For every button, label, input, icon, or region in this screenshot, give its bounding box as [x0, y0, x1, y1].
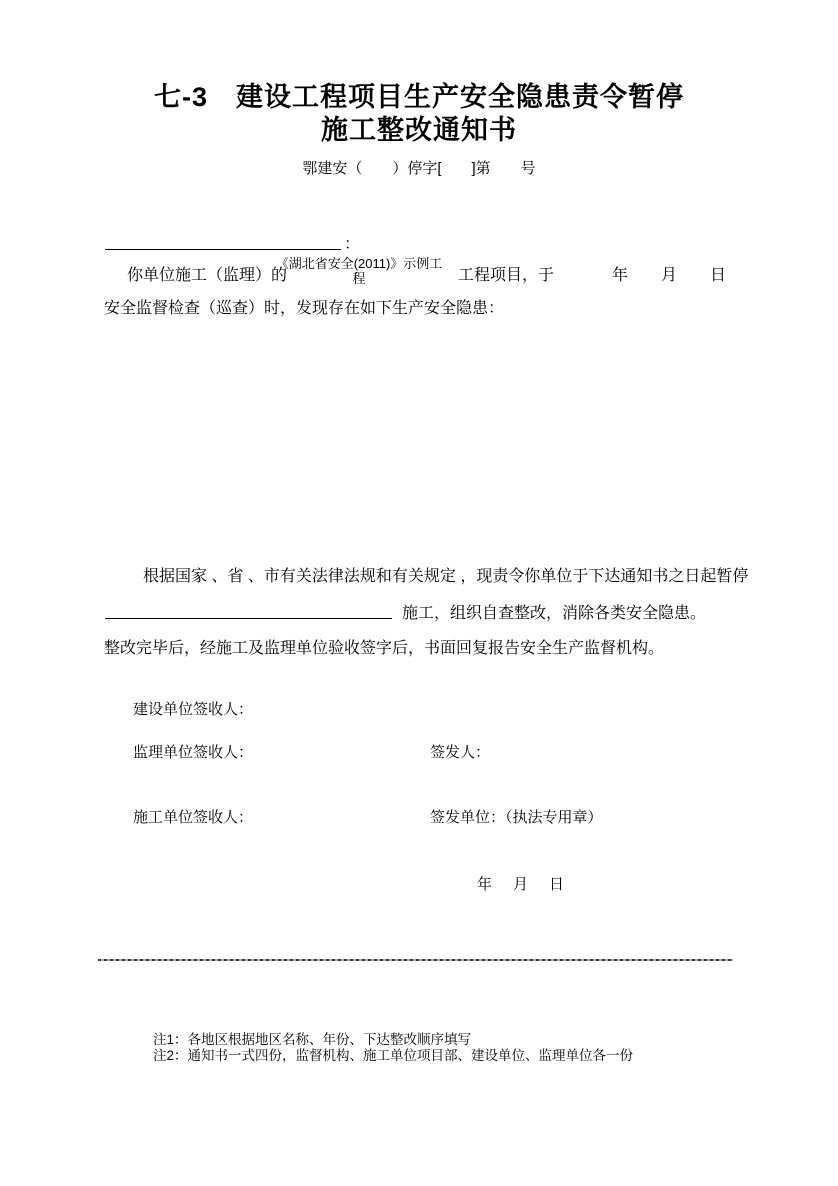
intro-month-label: 月 [661, 262, 677, 285]
intro-middle-text: 工程项目，于 [458, 262, 554, 285]
supervisor-sign-label: 监理单位签收人： [133, 741, 253, 762]
order-line1-text: 根据国家 、省 、市有关法律法规和有关规定 ，现责令你单位于下达通知书之日起暂停 [143, 563, 748, 586]
footer-divider [98, 959, 733, 961]
order-line2-suffix-text: 施工，组织自查整改，消除各类安全隐患。 [402, 600, 706, 623]
contractor-sign-label: 施工单位签收人： [133, 806, 253, 827]
issuing-unit-label: 签发单位：（执法专用章） [430, 806, 603, 827]
notice-document-page: 七-3 建设工程项目生产安全隐患责令暂停 施工整改通知书 鄂建安（ ）停字[ ]… [0, 0, 838, 1186]
document-title-line2: 施工整改通知书 [0, 108, 838, 147]
hazards-blank-area[interactable] [104, 325, 734, 555]
project-name-line2: 程 [352, 271, 365, 286]
doc-reference-number: 鄂建安（ ）停字[ ]第 号 [0, 157, 838, 178]
addressee-colon: ： [344, 231, 360, 254]
owner-sign-label: 建设单位签收人： [133, 698, 253, 719]
project-name-line1: 《湖北省安全(2011)》示例工 [276, 256, 443, 271]
issuer-label: 签发人： [430, 741, 490, 762]
suspension-scope-blank-field[interactable] [105, 600, 392, 619]
issue-date-line: 年 月 日 [477, 873, 567, 894]
order-line3-text: 整改完毕后，经施工及监理单位验收签字后，书面回复报告安全生产监督机构。 [104, 635, 664, 658]
footnote-2: 注2：通知书一式四份，监督机构、施工单位项目部、建设单位、监理单位各一份 [153, 1044, 633, 1064]
intro-day-label: 日 [710, 262, 726, 285]
addressee-blank-field[interactable] [105, 230, 341, 250]
project-name-insert: 《湖北省安全(2011)》示例工 程 [262, 256, 456, 286]
intro-year-label: 年 [612, 262, 628, 285]
intro-line2-text: 安全监督检查（巡查）时，发现存在如下生产安全隐患： [104, 295, 504, 318]
